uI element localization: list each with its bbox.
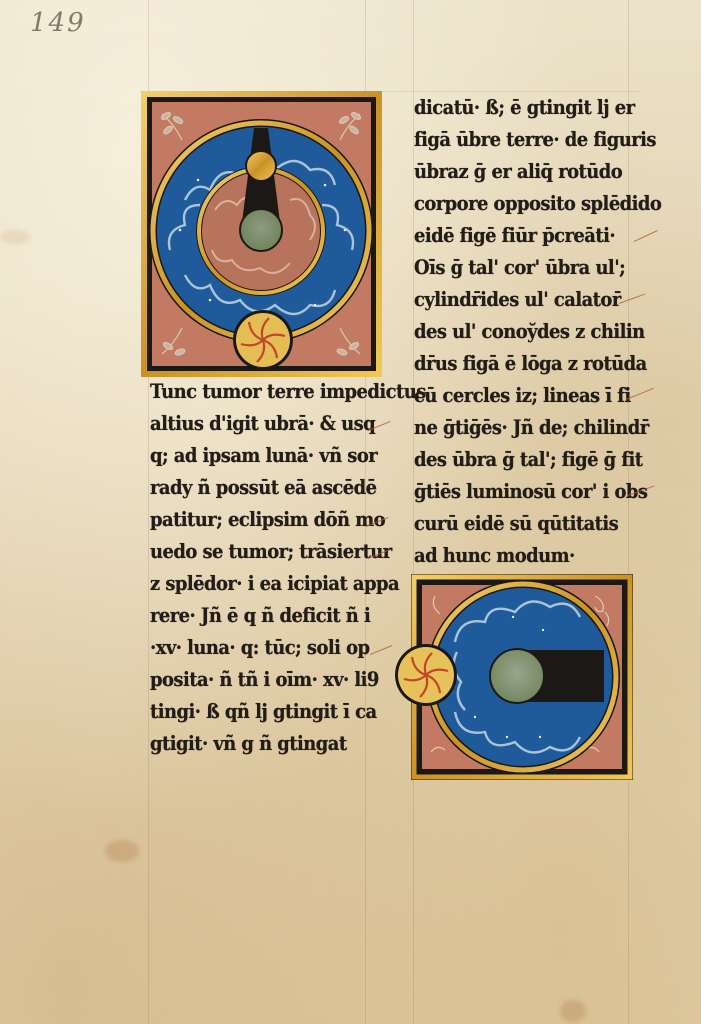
text-line: z splēdor· i ea icipiat appa	[150, 572, 399, 595]
text-line: uedo se tumor; trāsiertur	[150, 540, 392, 563]
text-line: Oīs ḡ tal' cor' ūbra ul';	[414, 256, 625, 279]
rubric-flourish	[370, 645, 393, 655]
text-line: gtigit· vñ g ñ gtingat	[150, 732, 347, 755]
text-line: ad hunc modum·	[414, 544, 575, 567]
text-line: des ūbra ḡ tal'; figē ḡ fit	[414, 448, 643, 471]
text-column-right: dicatū· ß; ē gtingit lj er figā ūbre ter…	[414, 96, 644, 576]
parchment-stain	[0, 230, 30, 244]
text-line: dr̄us figā ē lōga z rotūda	[414, 352, 647, 375]
eclipse-diagram-shadow-band	[395, 572, 635, 782]
text-column-left: Tunc tumor terre impedictus altius d'igi…	[150, 380, 380, 770]
text-line: ḡtiēs luminosū cor' i obs	[414, 480, 647, 503]
text-line: ne ḡtiḡēs· Jñ de; chilindr̄	[414, 416, 649, 439]
text-line: corpore opposito splēdido	[414, 192, 661, 215]
rubric-flourish	[619, 293, 646, 304]
rubric-flourish	[634, 230, 658, 242]
parchment-stain	[560, 1000, 586, 1022]
parchment-stain	[105, 840, 139, 862]
text-line: eidē figē fiūr p̄creāti·	[414, 224, 615, 247]
moon-icon	[246, 151, 276, 181]
text-line: des ul' conoy̆des z chilin	[414, 320, 645, 343]
text-line: ūbraz ḡ er aliq̄ rotūdo	[414, 160, 622, 183]
text-line: tingi· ß qñ lj gtingit ī ca	[150, 700, 377, 723]
folio-number: 149	[30, 8, 86, 38]
text-line: altius d'igit ubrā· & usq	[150, 412, 375, 435]
illumination-upper-left	[140, 90, 383, 378]
text-line: cylindr̄ides ul' calator̄	[414, 288, 621, 311]
text-line: posita· ñ tñ i oīm· xv· li9	[150, 668, 379, 691]
text-line: dicatū· ß; ē gtingit lj er	[414, 96, 635, 119]
text-line: ·xv· luna· q: tūc; soli op	[150, 636, 370, 659]
sun-icon	[395, 644, 457, 706]
sun-icon	[233, 310, 293, 370]
eclipse-diagram-shadow-cone	[140, 90, 383, 378]
manuscript-page: 149	[0, 0, 701, 1024]
earth-icon	[490, 649, 544, 703]
text-line: Tunc tumor terre impedictus	[150, 380, 426, 403]
text-line: rere· Jñ ē q ñ deficit ñ i	[150, 604, 370, 627]
text-line: curū eidē sū qūtitatis	[414, 512, 618, 535]
text-line: patitur; eclipsim dōñ mo	[150, 508, 385, 531]
text-line: figā ūbre terre· de figuris	[414, 128, 656, 151]
text-line: cū cercles iz; lineas ī fi	[414, 384, 631, 407]
text-line: rady ñ possūt eā ascēdē	[150, 476, 376, 499]
illumination-lower-right	[395, 572, 635, 782]
earth-icon	[240, 209, 282, 251]
text-line: q; ad ipsam lunā· vñ sor	[150, 444, 377, 467]
